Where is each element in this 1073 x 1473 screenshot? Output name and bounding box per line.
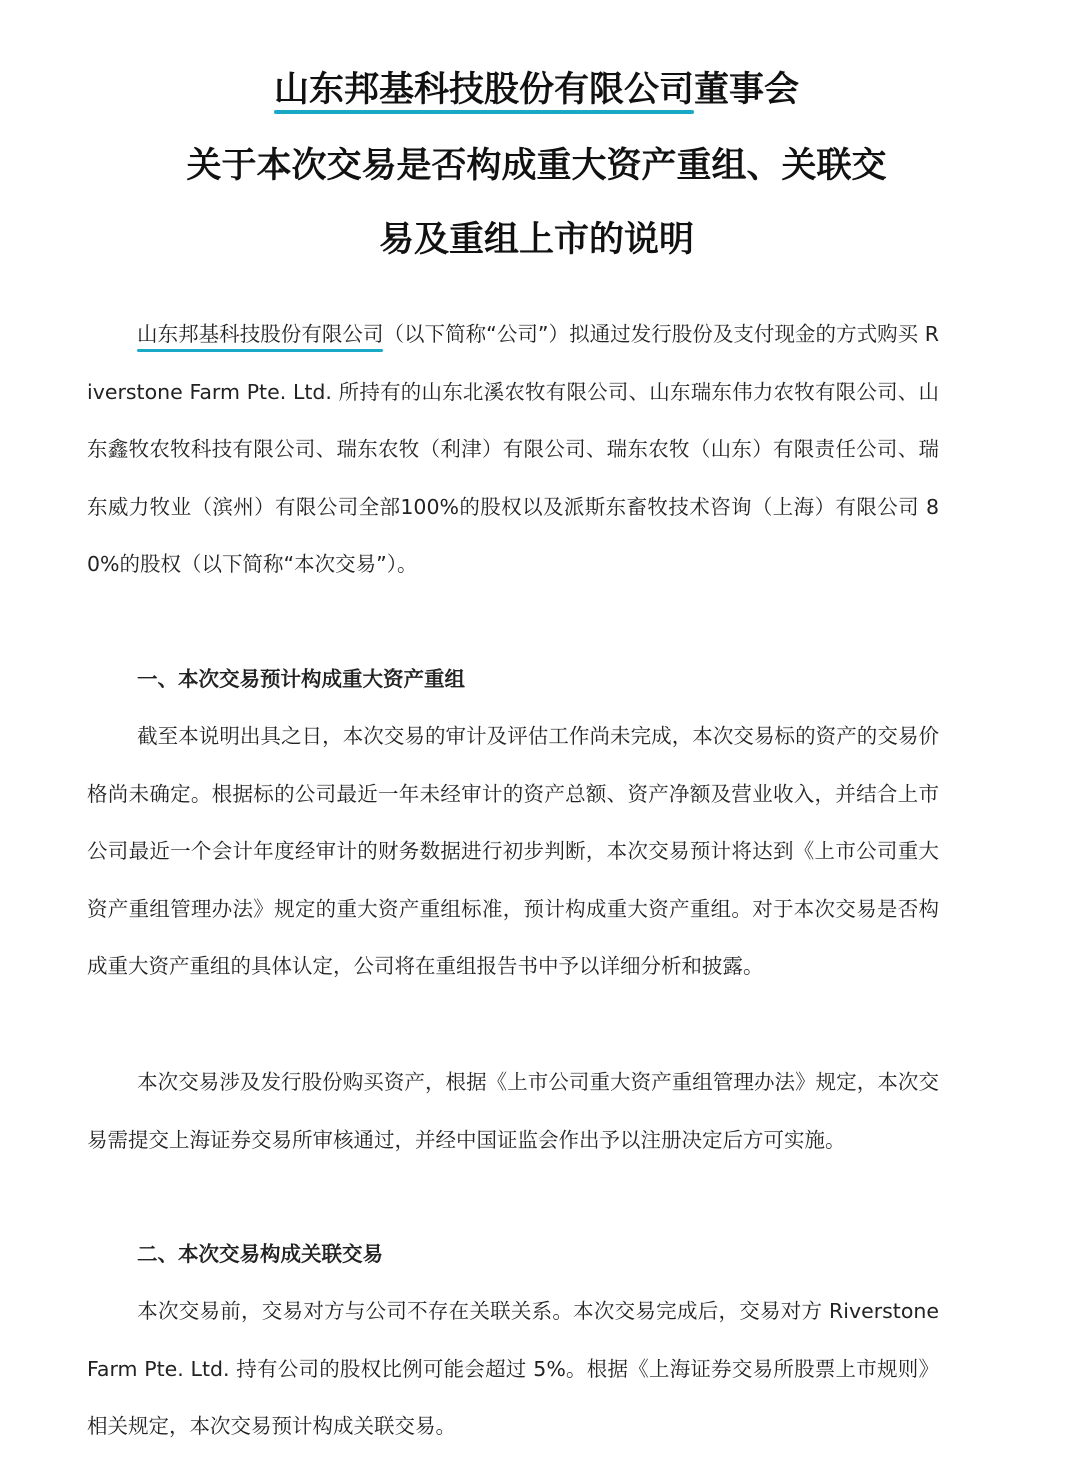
section-2-paragraph-1: 本次交易前，交易对方与公司不存在关联关系。本次交易完成后，交易对方 Rivers…	[87, 1283, 939, 1456]
section-1-heading: 一、本次交易预计构成重大资产重组	[137, 651, 465, 709]
intro-text: （以下简称“公司”）拟通过发行股份及支付现金的方式购买 Riverstone F…	[87, 322, 939, 576]
section-2-heading: 二、本次交易构成关联交易	[137, 1226, 383, 1284]
title-board-text: 董事会	[694, 70, 799, 110]
section-2-paragraph-1-text: 本次交易前，交易对方与公司不存在关联关系。本次交易完成后，交易对方 Rivers…	[87, 1299, 939, 1438]
section-1-paragraph-2: 本次交易涉及发行股份购买资产，根据《上市公司重大资产重组管理办法》规定，本次交易…	[87, 1054, 939, 1169]
section-1-paragraph-2-text: 本次交易涉及发行股份购买资产，根据《上市公司重大资产重组管理办法》规定，本次交易…	[87, 1070, 939, 1152]
section-1-paragraph-1: 截至本说明出具之日，本次交易的审计及评估工作尚未完成，本次交易标的资产的交易价格…	[87, 708, 939, 996]
document-title-line-1: 山东邦基科技股份有限公司董事会	[0, 62, 1073, 112]
document-title-line-2: 关于本次交易是否构成重大资产重组、关联交	[0, 138, 1073, 188]
document-title-line-3: 易及重组上市的说明	[0, 212, 1073, 262]
intro-company-underlined: 山东邦基科技股份有限公司	[137, 322, 383, 346]
intro-paragraph: 山东邦基科技股份有限公司（以下简称“公司”）拟通过发行股份及支付现金的方式购买 …	[87, 306, 939, 594]
section-1-paragraph-1-text: 截至本说明出具之日，本次交易的审计及评估工作尚未完成，本次交易标的资产的交易价格…	[87, 724, 939, 978]
company-name-underlined: 山东邦基科技股份有限公司	[274, 62, 694, 112]
